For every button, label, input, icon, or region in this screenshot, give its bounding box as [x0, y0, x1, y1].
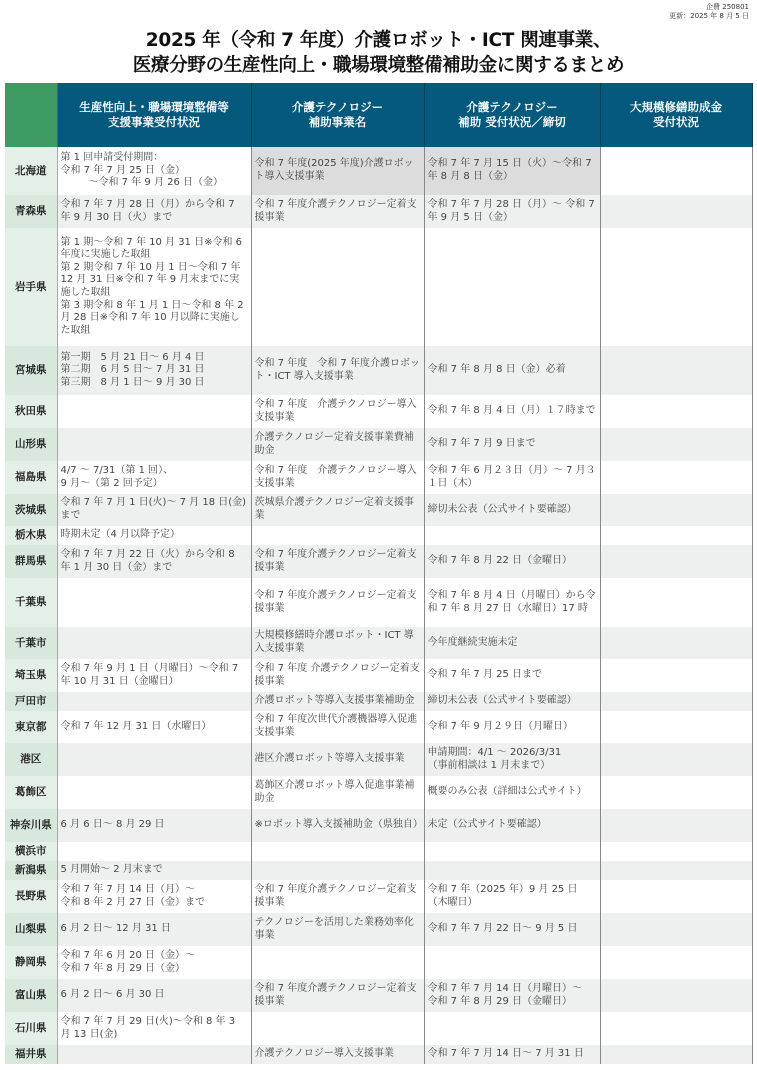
prefecture-cell: 横浜市 [5, 842, 57, 861]
repair-status-cell [600, 461, 752, 494]
productivity-status-cell: 令和 7 年 7 月 22 日（火）から令和 8 年 1 月 30 日（金）まで [57, 545, 251, 578]
repair-status-cell [600, 395, 752, 428]
program-name-cell: 港区介護ロボット等導入支援事業 [251, 743, 424, 776]
table-row: 神奈川県 6 月 6 日～ 8 月 29 日 ※ロボット導入支援補助金（県独自）… [5, 809, 752, 842]
program-name-cell [251, 1012, 424, 1045]
table-row: 宮城県 第一期 5 月 21 日～ 6 月 4 日第二期 6 月 5 日～ 7 … [5, 346, 752, 395]
productivity-status-cell: 令和 7 年 6 月 20 日（金）～令和 7 年 8 月 29 日（金） [57, 946, 251, 979]
repair-status-cell [600, 627, 752, 659]
table-row: 青森県 令和 7 年 7 月 28 日（月）から令和 7 年 9 月 30 日（… [5, 195, 752, 228]
prefecture-cell: 群馬県 [5, 545, 57, 578]
deadline-cell: 令和 7 年 8 月 4 日（月）１７時まで [424, 395, 600, 428]
deadline-cell [424, 526, 600, 545]
table-row: 埼玉県 令和 7 年 9 月 1 日（月曜日）～令和 7 年 10 月 31 日… [5, 659, 752, 692]
table-row: 千葉市 大規模修繕時介護ロボット・ICT 導入支援事業 今年度継続実施未定 [5, 627, 752, 659]
program-name-cell: 茨城県介護テクノロジー定着支援事業 [251, 494, 424, 526]
repair-status-cell [600, 578, 752, 627]
program-name-cell: 介護ロボット等導入支援事業補助金 [251, 692, 424, 711]
prefecture-cell: 栃木県 [5, 526, 57, 545]
program-name-cell: 令和 7 年度(2025 年度)介護ロボット導入支援事業 [251, 147, 424, 195]
productivity-status-cell [57, 692, 251, 711]
productivity-status-cell: 第一期 5 月 21 日～ 6 月 4 日第二期 6 月 5 日～ 7 月 31… [57, 346, 251, 395]
deadline-cell: 令和 7 年（2025 年）9 月 25 日（木曜日） [424, 880, 600, 913]
prefecture-cell: 石川県 [5, 1012, 57, 1045]
productivity-status-cell: 6 月 2 日～ 12 月 31 日 [57, 913, 251, 946]
table-row: 栃木県 時期未定（4 月以降予定） [5, 526, 752, 545]
productivity-status-cell [57, 395, 251, 428]
deadline-cell: 令和 7 年 7 月 15 日（火）～令和 7 年 8 月 8 日（金） [424, 147, 600, 195]
prefecture-cell: 富山県 [5, 979, 57, 1012]
deadline-cell: 令和 7 年 8 月 4 日（月曜日）から令和 7 年 8 月 27 日（水曜日… [424, 578, 600, 627]
table-row: 山形県 介護テクノロジー定着支援事業費補助金 令和 7 年 7 月 9 日まで [5, 428, 752, 461]
prefecture-cell: 港区 [5, 743, 57, 776]
repair-status-cell [600, 228, 752, 346]
prefecture-cell: 東京都 [5, 711, 57, 743]
repair-status-cell [600, 692, 752, 711]
deadline-cell [424, 228, 600, 346]
productivity-status-cell: 6 月 6 日～ 8 月 29 日 [57, 809, 251, 842]
prefecture-cell: 北海道 [5, 147, 57, 195]
prefecture-cell: 埼玉県 [5, 659, 57, 692]
repair-status-cell [600, 1045, 752, 1064]
program-name-cell: 介護テクノロジー導入支援事業 [251, 1045, 424, 1064]
deadline-cell: 令和 7 年 7 月 28 日（月）～ 令和 7 年 9 月 5 日（金） [424, 195, 600, 228]
page-title-line-2: 医療分野の生産性向上・職場環境整備補助金に関するまとめ [0, 53, 757, 78]
prefecture-cell: 神奈川県 [5, 809, 57, 842]
deadline-cell: 令和 7 年 7 月 14 日～ 7 月 31 日 [424, 1045, 600, 1064]
prefecture-cell: 戸田市 [5, 692, 57, 711]
repair-status-cell [600, 842, 752, 861]
deadline-cell: 令和 7 年 7 月 14 日（月曜日）～令和 7 年 8 月 29 日（金曜日… [424, 979, 600, 1012]
program-name-cell: 大規模修繕時介護ロボット・ICT 導入支援事業 [251, 627, 424, 659]
repair-status-cell [600, 147, 752, 195]
repair-status-cell [600, 979, 752, 1012]
productivity-status-cell [57, 578, 251, 627]
program-name-cell: テクノロジーを活用した業務効率化事業 [251, 913, 424, 946]
prefecture-cell: 山梨県 [5, 913, 57, 946]
program-name-cell: 令和 7 年度 介護テクノロジー導入支援事業 [251, 395, 424, 428]
program-name-cell: 令和 7 年度 令和 7 年度介護ロボット・ICT 導入支援事業 [251, 346, 424, 395]
repair-status-cell [600, 880, 752, 913]
repair-status-cell [600, 946, 752, 979]
table-row: 長野県 令和 7 年 7 月 14 日（月）～令和 8 年 2 月 27 日（金… [5, 880, 752, 913]
deadline-cell: 概要のみ公表（詳細は公式サイト） [424, 776, 600, 809]
program-name-cell [251, 861, 424, 880]
productivity-status-cell: 第 1 期～令和 7 年 10 月 31 日※令和 6 年度に実施した取組第 2… [57, 228, 251, 346]
deadline-cell [424, 842, 600, 861]
repair-status-cell [600, 743, 752, 776]
program-name-cell [251, 842, 424, 861]
deadline-cell: 今年度継続実施未定 [424, 627, 600, 659]
repair-status-cell [600, 861, 752, 880]
productivity-status-cell: 令和 7 年 9 月 1 日（月曜日）～令和 7 年 10 月 31 日（金曜日… [57, 659, 251, 692]
program-name-cell [251, 228, 424, 346]
repair-status-cell [600, 545, 752, 578]
program-name-cell: 令和 7 年度 介護テクノロジー定着支援事業 [251, 659, 424, 692]
prefecture-cell: 静岡県 [5, 946, 57, 979]
prefecture-cell: 千葉県 [5, 578, 57, 627]
deadline-cell [424, 1012, 600, 1045]
productivity-status-cell: 時期未定（4 月以降予定） [57, 526, 251, 545]
repair-status-cell [600, 913, 752, 946]
table-row: 秋田県 令和 7 年度 介護テクノロジー導入支援事業 令和 7 年 8 月 4 … [5, 395, 752, 428]
program-name-cell: 令和 7 年度介護テクノロジー定着支援事業 [251, 979, 424, 1012]
deadline-cell: 令和 7 年 8 月 8 日（金）必着 [424, 346, 600, 395]
productivity-status-cell: 令和 7 年 7 月 29 日(火)～令和 8 年 3 月 13 日(金) [57, 1012, 251, 1045]
prefecture-cell: 長野県 [5, 880, 57, 913]
deadline-cell: 令和 7 年 7 月 25 日まで [424, 659, 600, 692]
prefecture-cell: 秋田県 [5, 395, 57, 428]
table-row: 群馬県 令和 7 年 7 月 22 日（火）から令和 8 年 1 月 30 日（… [5, 545, 752, 578]
header-tech-deadline: 介護テクノロジー補助 受付状況／締切 [424, 83, 600, 147]
table-row: 新潟県 5 月開始～ 2 月末まで [5, 861, 752, 880]
page-title-line-1: 2025 年（令和 7 年度）介護ロボット・ICT 関連事業、 [0, 28, 757, 53]
page-title: 2025 年（令和 7 年度）介護ロボット・ICT 関連事業、 医療分野の生産性… [0, 28, 757, 78]
prefecture-cell: 福井県 [5, 1045, 57, 1064]
header-tech-program-name: 介護テクノロジー補助事業名 [251, 83, 424, 147]
productivity-status-cell [57, 1045, 251, 1064]
repair-status-cell [600, 1012, 752, 1045]
repair-status-cell [600, 711, 752, 743]
table-row: 葛飾区 葛飾区介護ロボット導入促進事業補助金 概要のみ公表（詳細は公式サイト） [5, 776, 752, 809]
prefecture-cell: 千葉市 [5, 627, 57, 659]
deadline-cell: 締切未公表（公式サイト要確認） [424, 494, 600, 526]
prefecture-cell: 福島県 [5, 461, 57, 494]
productivity-status-cell: 6 月 2 日～ 6 月 30 日 [57, 979, 251, 1012]
prefecture-cell: 宮城県 [5, 346, 57, 395]
table-row: 横浜市 [5, 842, 752, 861]
productivity-status-cell: 令和 7 年 12 月 31 日（水曜日） [57, 711, 251, 743]
repair-status-cell [600, 659, 752, 692]
table-row: 岩手県 第 1 期～令和 7 年 10 月 31 日※令和 6 年度に実施した取… [5, 228, 752, 346]
program-name-cell: 令和 7 年度介護テクノロジー定着支援事業 [251, 880, 424, 913]
repair-status-cell [600, 346, 752, 395]
deadline-cell: 申請期間：4/1 ～ 2026/3/31（事前相談は 1 月末まで） [424, 743, 600, 776]
header-repair-grant-status: 大規模修繕助成金受付状況 [600, 83, 752, 147]
table-row: 富山県 6 月 2 日～ 6 月 30 日 令和 7 年度介護テクノロジー定着支… [5, 979, 752, 1012]
prefecture-cell: 新潟県 [5, 861, 57, 880]
table-row: 山梨県 6 月 2 日～ 12 月 31 日 テクノロジーを活用した業務効率化事… [5, 913, 752, 946]
productivity-status-cell: 令和 7 年 7 月 1 日(火)～ 7 月 18 日(金)まで [57, 494, 251, 526]
program-name-cell: 令和 7 年度次世代介護機器導入促進支援事業 [251, 711, 424, 743]
productivity-status-cell: 第 1 回申請受付期間：令和 7 年 7 月 25 日（金）～令和 7 年 9 … [57, 147, 251, 195]
program-name-cell: 介護テクノロジー定着支援事業費補助金 [251, 428, 424, 461]
productivity-status-cell [57, 743, 251, 776]
table-row: 福井県 介護テクノロジー導入支援事業 令和 7 年 7 月 14 日～ 7 月 … [5, 1045, 752, 1064]
deadline-cell: 令和 7 年 9 月２９日（月曜日） [424, 711, 600, 743]
document-id: 企費 250801 [669, 3, 749, 12]
productivity-status-cell [57, 627, 251, 659]
program-name-cell: 葛飾区介護ロボット導入促進事業補助金 [251, 776, 424, 809]
table-row: 千葉県 令和 7 年度介護テクノロジー定着支援事業 令和 7 年 8 月 4 日… [5, 578, 752, 627]
productivity-status-cell [57, 776, 251, 809]
table-row: 石川県 令和 7 年 7 月 29 日(火)～令和 8 年 3 月 13 日(金… [5, 1012, 752, 1045]
prefecture-cell: 葛飾区 [5, 776, 57, 809]
table-row: 静岡県 令和 7 年 6 月 20 日（金）～令和 7 年 8 月 29 日（金… [5, 946, 752, 979]
productivity-status-cell: 令和 7 年 7 月 14 日（月）～令和 8 年 2 月 27 日（金）まで [57, 880, 251, 913]
table-row: 北海道 第 1 回申請受付期間：令和 7 年 7 月 25 日（金）～令和 7 … [5, 147, 752, 195]
productivity-status-cell: 令和 7 年 7 月 28 日（月）から令和 7 年 9 月 30 日（火）まで [57, 195, 251, 228]
prefecture-cell: 青森県 [5, 195, 57, 228]
repair-status-cell [600, 809, 752, 842]
deadline-cell: 令和 7 年 8 月 22 日（金曜日） [424, 545, 600, 578]
document-meta: 企費 250801 更新：2025 年 8 月 5 日 [669, 3, 749, 21]
deadline-cell: 令和 7 年 7 月 22 日～ 9 月 5 日 [424, 913, 600, 946]
repair-status-cell [600, 494, 752, 526]
updated-date: 更新：2025 年 8 月 5 日 [669, 12, 749, 21]
deadline-cell: 未定（公式サイト要確認） [424, 809, 600, 842]
productivity-status-cell: 4/7 ～ 7/31（第 1 回）、9 月～（第 2 回予定） [57, 461, 251, 494]
deadline-cell [424, 861, 600, 880]
program-name-cell [251, 946, 424, 979]
table-row: 茨城県 令和 7 年 7 月 1 日(火)～ 7 月 18 日(金)まで 茨城県… [5, 494, 752, 526]
subsidy-table: 生産性向上・職場環境整備等支援事業受付状況 介護テクノロジー補助事業名 介護テク… [5, 83, 753, 1064]
program-name-cell: 令和 7 年度介護テクノロジー定着支援事業 [251, 545, 424, 578]
prefecture-cell: 茨城県 [5, 494, 57, 526]
repair-status-cell [600, 428, 752, 461]
program-name-cell: 令和 7 年度 介護テクノロジー導入支援事業 [251, 461, 424, 494]
productivity-status-cell [57, 842, 251, 861]
program-name-cell [251, 526, 424, 545]
deadline-cell: 締切未公表（公式サイト要確認） [424, 692, 600, 711]
repair-status-cell [600, 526, 752, 545]
productivity-status-cell: 5 月開始～ 2 月末まで [57, 861, 251, 880]
deadline-cell [424, 946, 600, 979]
repair-status-cell [600, 195, 752, 228]
program-name-cell: ※ロボット導入支援補助金（県独自） [251, 809, 424, 842]
table-row: 港区 港区介護ロボット等導入支援事業 申請期間：4/1 ～ 2026/3/31（… [5, 743, 752, 776]
table-header-row: 生産性向上・職場環境整備等支援事業受付状況 介護テクノロジー補助事業名 介護テク… [5, 83, 752, 147]
prefecture-cell: 岩手県 [5, 228, 57, 346]
header-productivity-status: 生産性向上・職場環境整備等支援事業受付状況 [57, 83, 251, 147]
program-name-cell: 令和 7 年度介護テクノロジー定着支援事業 [251, 578, 424, 627]
deadline-cell: 令和 7 年 6 月２３日（月）～ 7 月３１日（木） [424, 461, 600, 494]
prefecture-cell: 山形県 [5, 428, 57, 461]
repair-status-cell [600, 776, 752, 809]
table-row: 東京都 令和 7 年 12 月 31 日（水曜日） 令和 7 年度次世代介護機器… [5, 711, 752, 743]
table-row: 福島県 4/7 ～ 7/31（第 1 回）、9 月～（第 2 回予定） 令和 7… [5, 461, 752, 494]
program-name-cell: 令和 7 年度介護テクノロジー定着支援事業 [251, 195, 424, 228]
table-row: 戸田市 介護ロボット等導入支援事業補助金 締切未公表（公式サイト要確認） [5, 692, 752, 711]
header-corner [5, 83, 57, 147]
deadline-cell: 令和 7 年 7 月 9 日まで [424, 428, 600, 461]
productivity-status-cell [57, 428, 251, 461]
